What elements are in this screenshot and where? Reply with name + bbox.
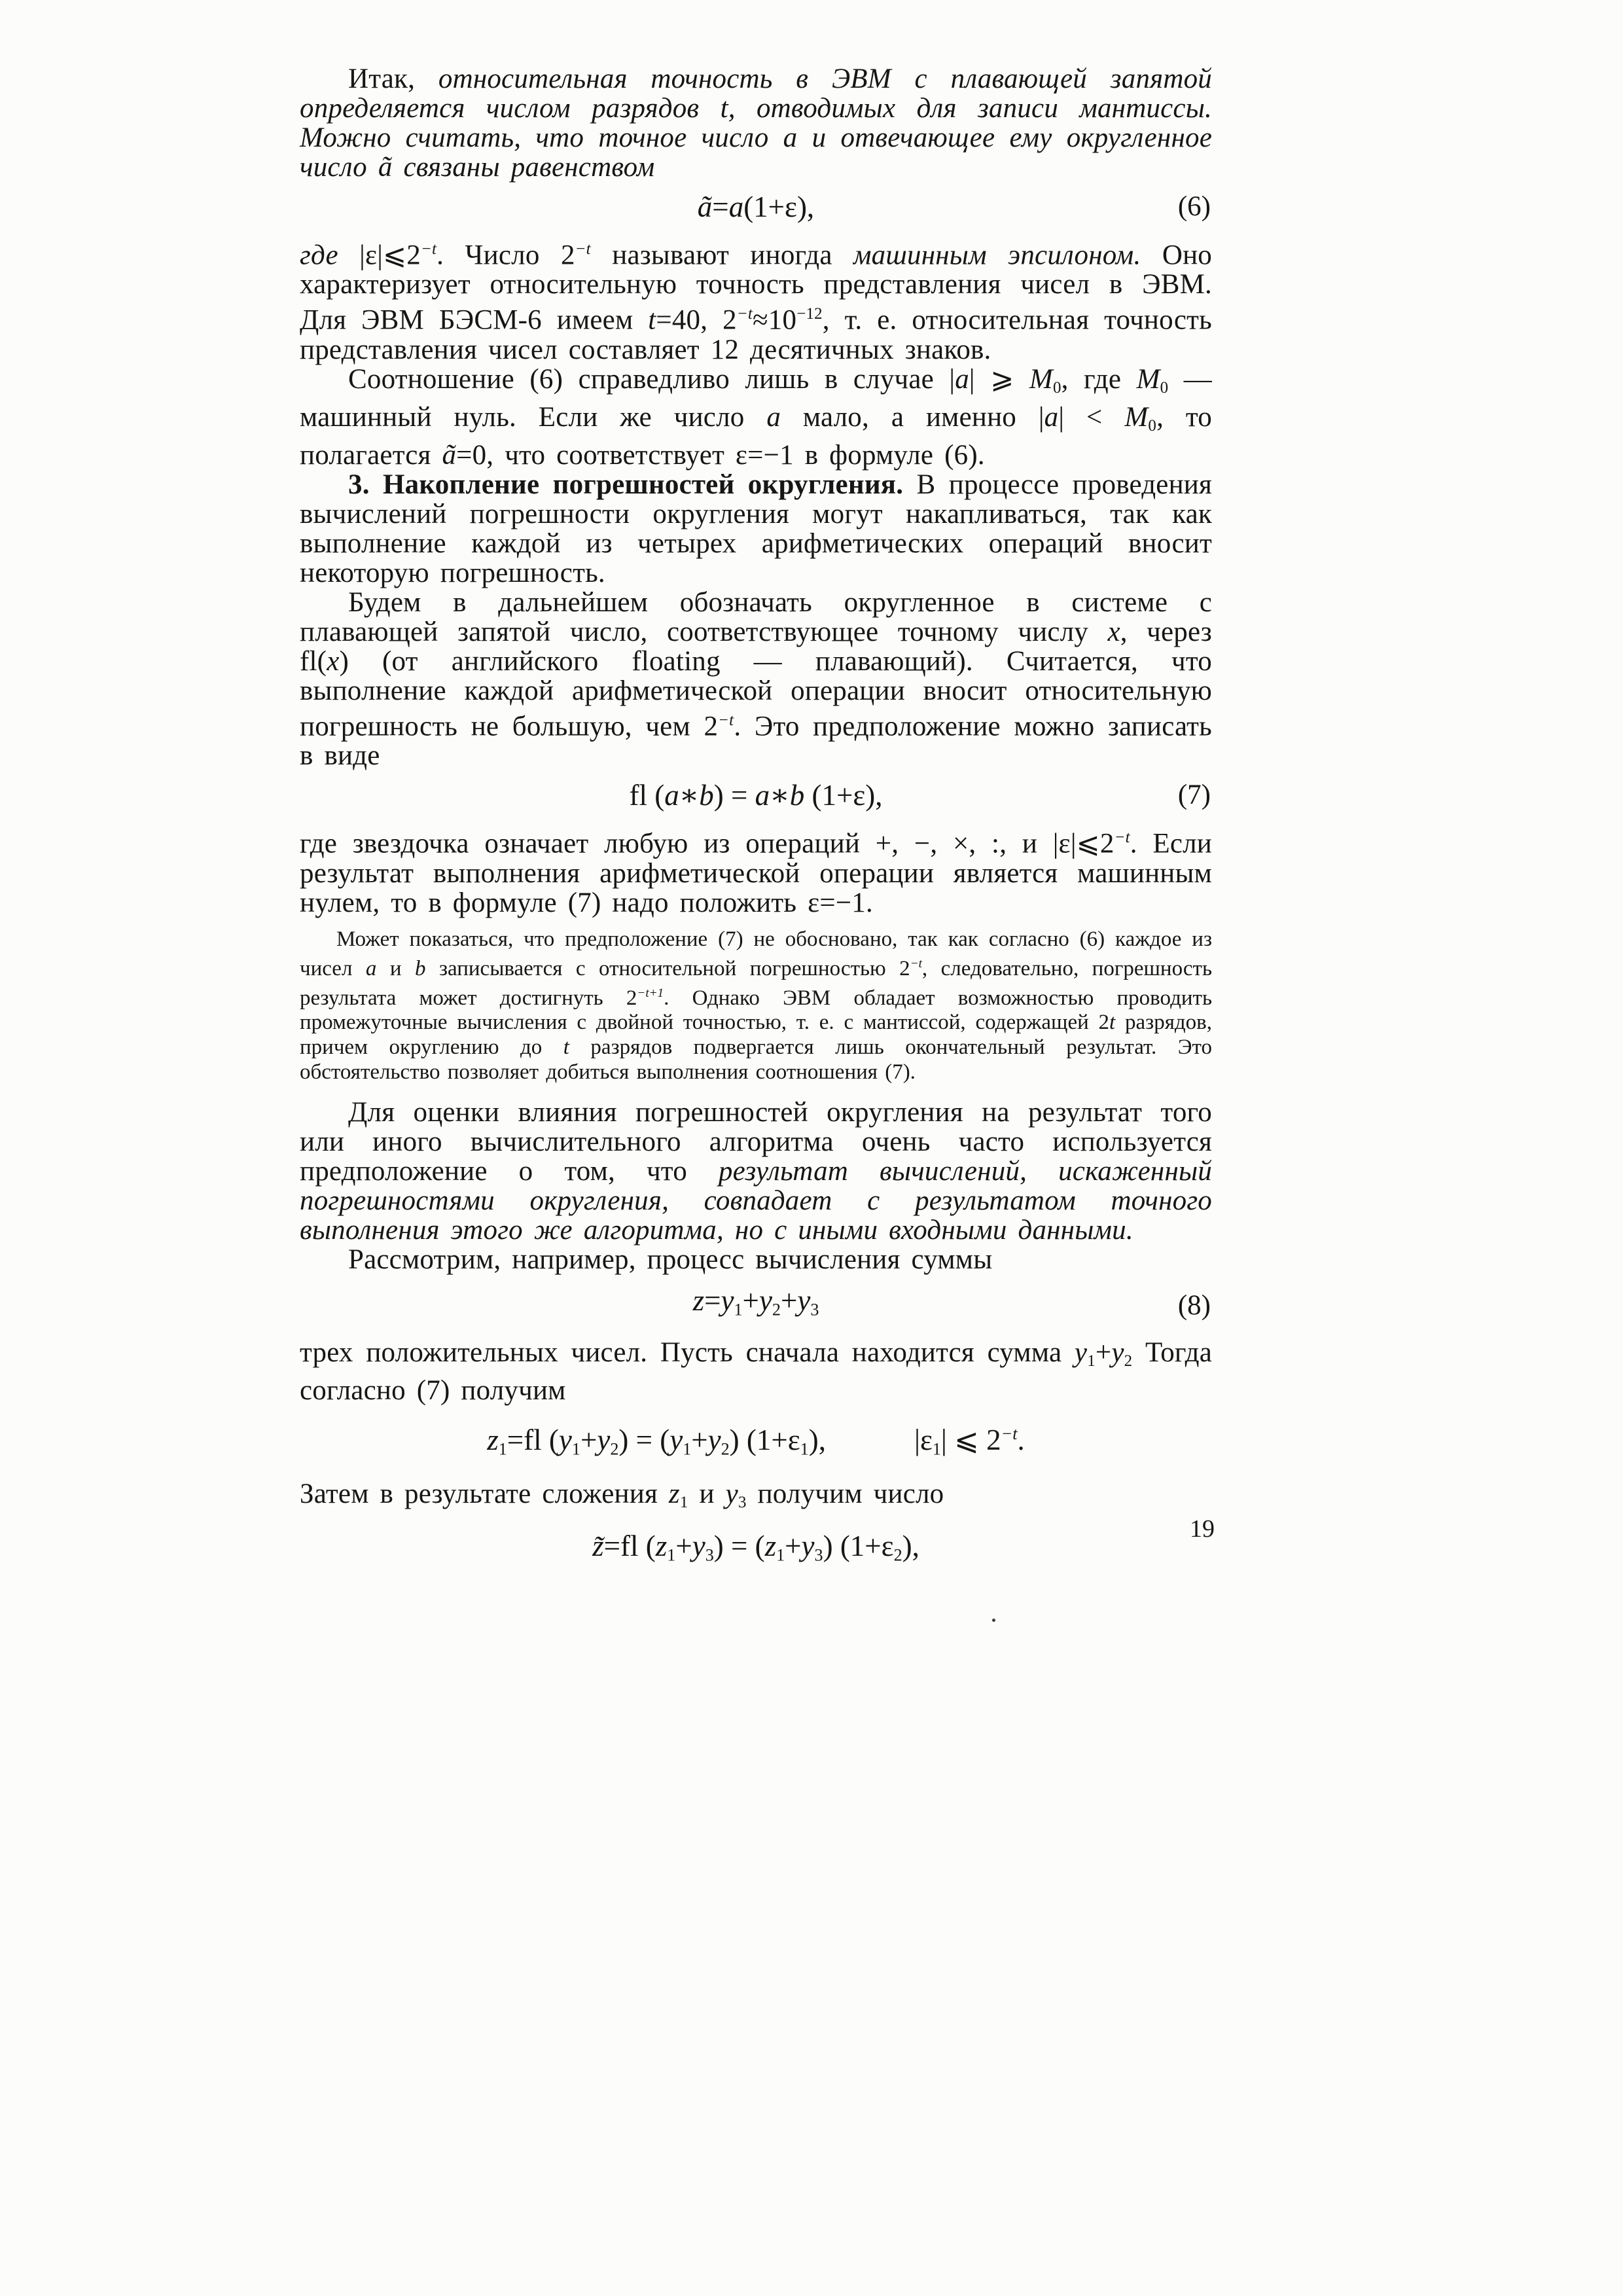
formula-7-label: (7) <box>1178 778 1211 812</box>
formula-8: z=y1+y2+y3 (8) <box>300 1283 1212 1327</box>
paragraph-operations-note: где звездочка означает любую из операций… <box>300 823 1212 917</box>
scan-artifact-dot <box>992 1619 995 1622</box>
formula-z1-expression: z1=fl (y1+y2) = (y1+y2) (1+ε1),|ε1| ⩽ 2−… <box>487 1424 1025 1456</box>
formula-z-tilde-expression: z̃=fl (z1+y3) = (z1+y3) (1+ε2), <box>592 1530 919 1562</box>
paragraph-machine-zero: Соотношение (6) справедливо лишь в случа… <box>300 365 1212 470</box>
formula-6-label: (6) <box>1178 190 1211 224</box>
paragraph-then-addition: Затем в результате сложения z1 и y3 полу… <box>300 1479 1212 1517</box>
formula-6-expression: ã=a(1+ε), <box>698 190 814 223</box>
paragraph-small-print-remark: Может показаться, что предположение (7) … <box>300 927 1212 1085</box>
paragraph-rounding-influence: Для оценки влияния погрешностей округлен… <box>300 1098 1212 1245</box>
formula-7: fl (a∗b) = a∗b (1+ε), (7) <box>300 778 1212 812</box>
formula-z1: z1=fl (y1+y2) = (y1+y2) (1+ε1),|ε1| ⩽ 2−… <box>300 1417 1212 1466</box>
text-block: Итак, относительная точность в ЭВМ с пла… <box>300 64 1212 1572</box>
formula-7-expression: fl (a∗b) = a∗b (1+ε), <box>629 779 882 812</box>
formula-8-expression: z=y1+y2+y3 <box>693 1284 819 1317</box>
formula-z-tilde: z̃=fl (z1+y3) = (z1+y3) (1+ε2), <box>300 1529 1212 1572</box>
paragraph-section3-heading: 3. Накопление погрешностей округления. В… <box>300 470 1212 588</box>
book-page: Итак, относительная точность в ЭВМ с пла… <box>0 0 1623 2296</box>
paragraph-three-positive-numbers: трех положительных чисел. Пусть сначала … <box>300 1338 1212 1405</box>
paragraph-machine-epsilon: где |ε|⩽2−t. Число 2−t называют иногда м… <box>300 234 1212 365</box>
paragraph-fl-notation: Будем в дальнейшем обозначать округленно… <box>300 588 1212 770</box>
paragraph-sum-example-intro: Рассмотрим, например, процесс вычисления… <box>300 1245 1212 1274</box>
paragraph-intro-relative-accuracy: Итак, относительная точность в ЭВМ с пла… <box>300 64 1212 182</box>
formula-8-label: (8) <box>1178 1289 1211 1323</box>
page-number: 19 <box>1190 1515 1215 1543</box>
formula-6: ã=a(1+ε), (6) <box>300 190 1212 224</box>
